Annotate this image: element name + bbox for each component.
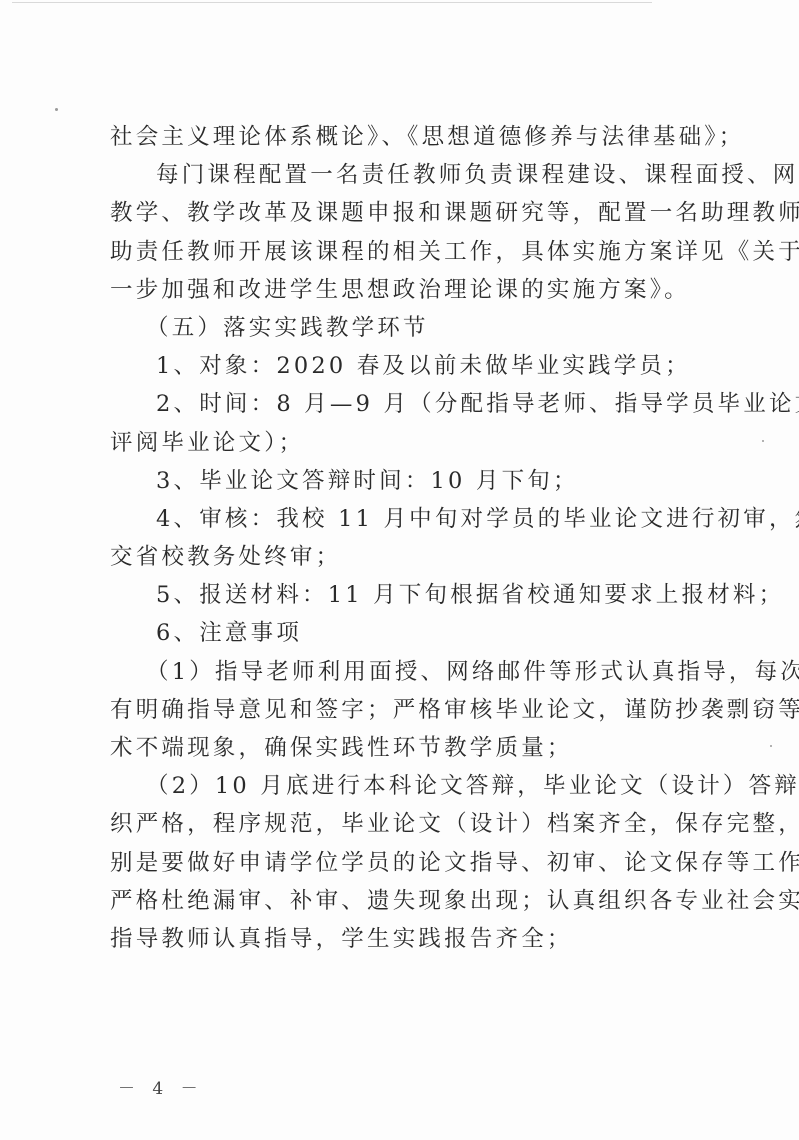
text-line: 织严格，程序规范，毕业论文（设计）档案齐全，保存完整，特: [110, 805, 730, 843]
list-item: 4、审核：我校 11 月中旬对学员的毕业论文进行初审，然后: [110, 500, 730, 538]
page-number: － 4 －: [118, 1074, 204, 1099]
list-item: 5、报送材料：11 月下旬根据省校通知要求上报材料；: [110, 576, 730, 614]
list-item: 6、注意事项: [110, 614, 730, 652]
text-line: 教学、教学改革及课题申报和课题研究等，配置一名助理教师协: [110, 194, 730, 232]
text-line: 有明确指导意见和签字；严格审核毕业论文，谨防抄袭剽窃等学: [110, 691, 730, 729]
document-body: 社会主义理论体系概论》、《思想道德修养与法律基础》； 每门课程配置一名责任教师负…: [110, 118, 730, 958]
text-line: 社会主义理论体系概论》、《思想道德修养与法律基础》；: [110, 118, 730, 156]
scan-speck: [55, 108, 58, 111]
sub-list-item: （2）10 月底进行本科论文答辩，毕业论文（设计）答辩组: [110, 767, 730, 805]
text-line: 别是要做好申请学位学员的论文指导、初审、论文保存等工作，: [110, 844, 730, 882]
text-line: 指导教师认真指导，学生实践报告齐全；: [110, 920, 730, 958]
text-line: 助责任教师开展该课程的相关工作，具体实施方案详见《关于进: [110, 233, 730, 271]
list-item: 3、毕业论文答辩时间：10 月下旬；: [110, 462, 730, 500]
sub-list-item: （1）指导老师利用面授、网络邮件等形式认真指导，每次都: [110, 653, 730, 691]
list-item: 2、时间：8 月—9 月（分配指导老师、指导学员毕业论文、: [110, 385, 730, 423]
text-line: 每门课程配置一名责任教师负责课程建设、课程面授、网上: [110, 156, 730, 194]
scan-speck: [762, 440, 764, 442]
list-item: 1、对象：2020 春及以前未做毕业实践学员；: [110, 347, 730, 385]
text-line: 一步加强和改进学生思想政治理论课的实施方案》。: [110, 271, 730, 309]
text-line: 交省校教务处终审；: [110, 538, 730, 576]
scan-top-edge: [12, 2, 652, 3]
text-line: 评阅毕业论文）；: [110, 424, 730, 462]
text-line: 术不端现象，确保实践性环节教学质量；: [110, 729, 730, 767]
section-heading: （五）落实实践教学环节: [110, 309, 730, 347]
text-line: 严格杜绝漏审、补审、遗失现象出现；认真组织各专业社会实践，: [110, 882, 730, 920]
scan-speck: [770, 745, 772, 747]
